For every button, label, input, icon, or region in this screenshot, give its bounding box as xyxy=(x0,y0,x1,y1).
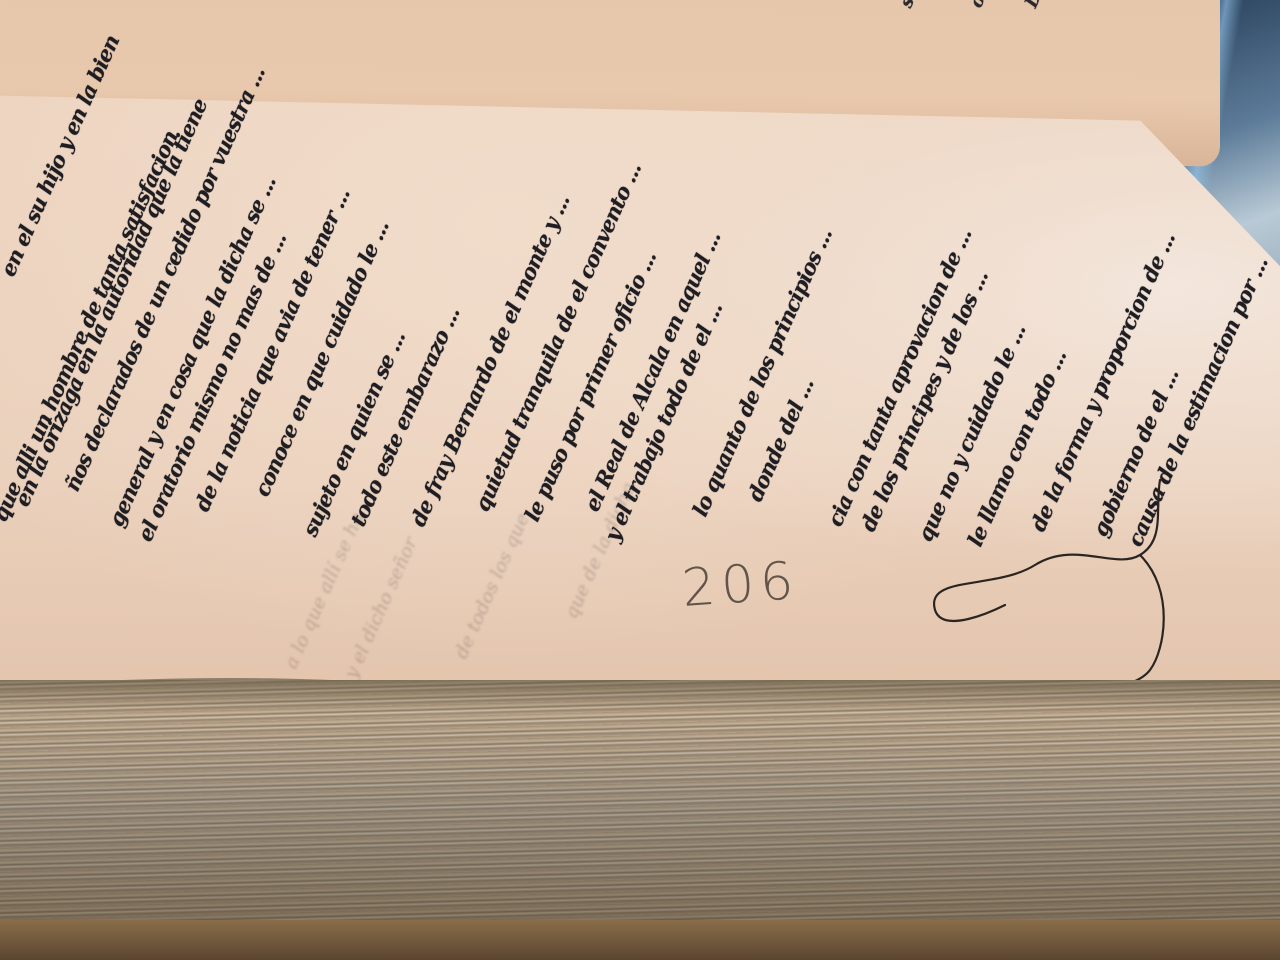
book-cover-edge xyxy=(0,920,1280,960)
folio-number: 206 xyxy=(680,551,801,619)
manuscript-photo: que quien se que o que De que a lo que a… xyxy=(0,0,1280,960)
page-stack xyxy=(0,680,1280,960)
